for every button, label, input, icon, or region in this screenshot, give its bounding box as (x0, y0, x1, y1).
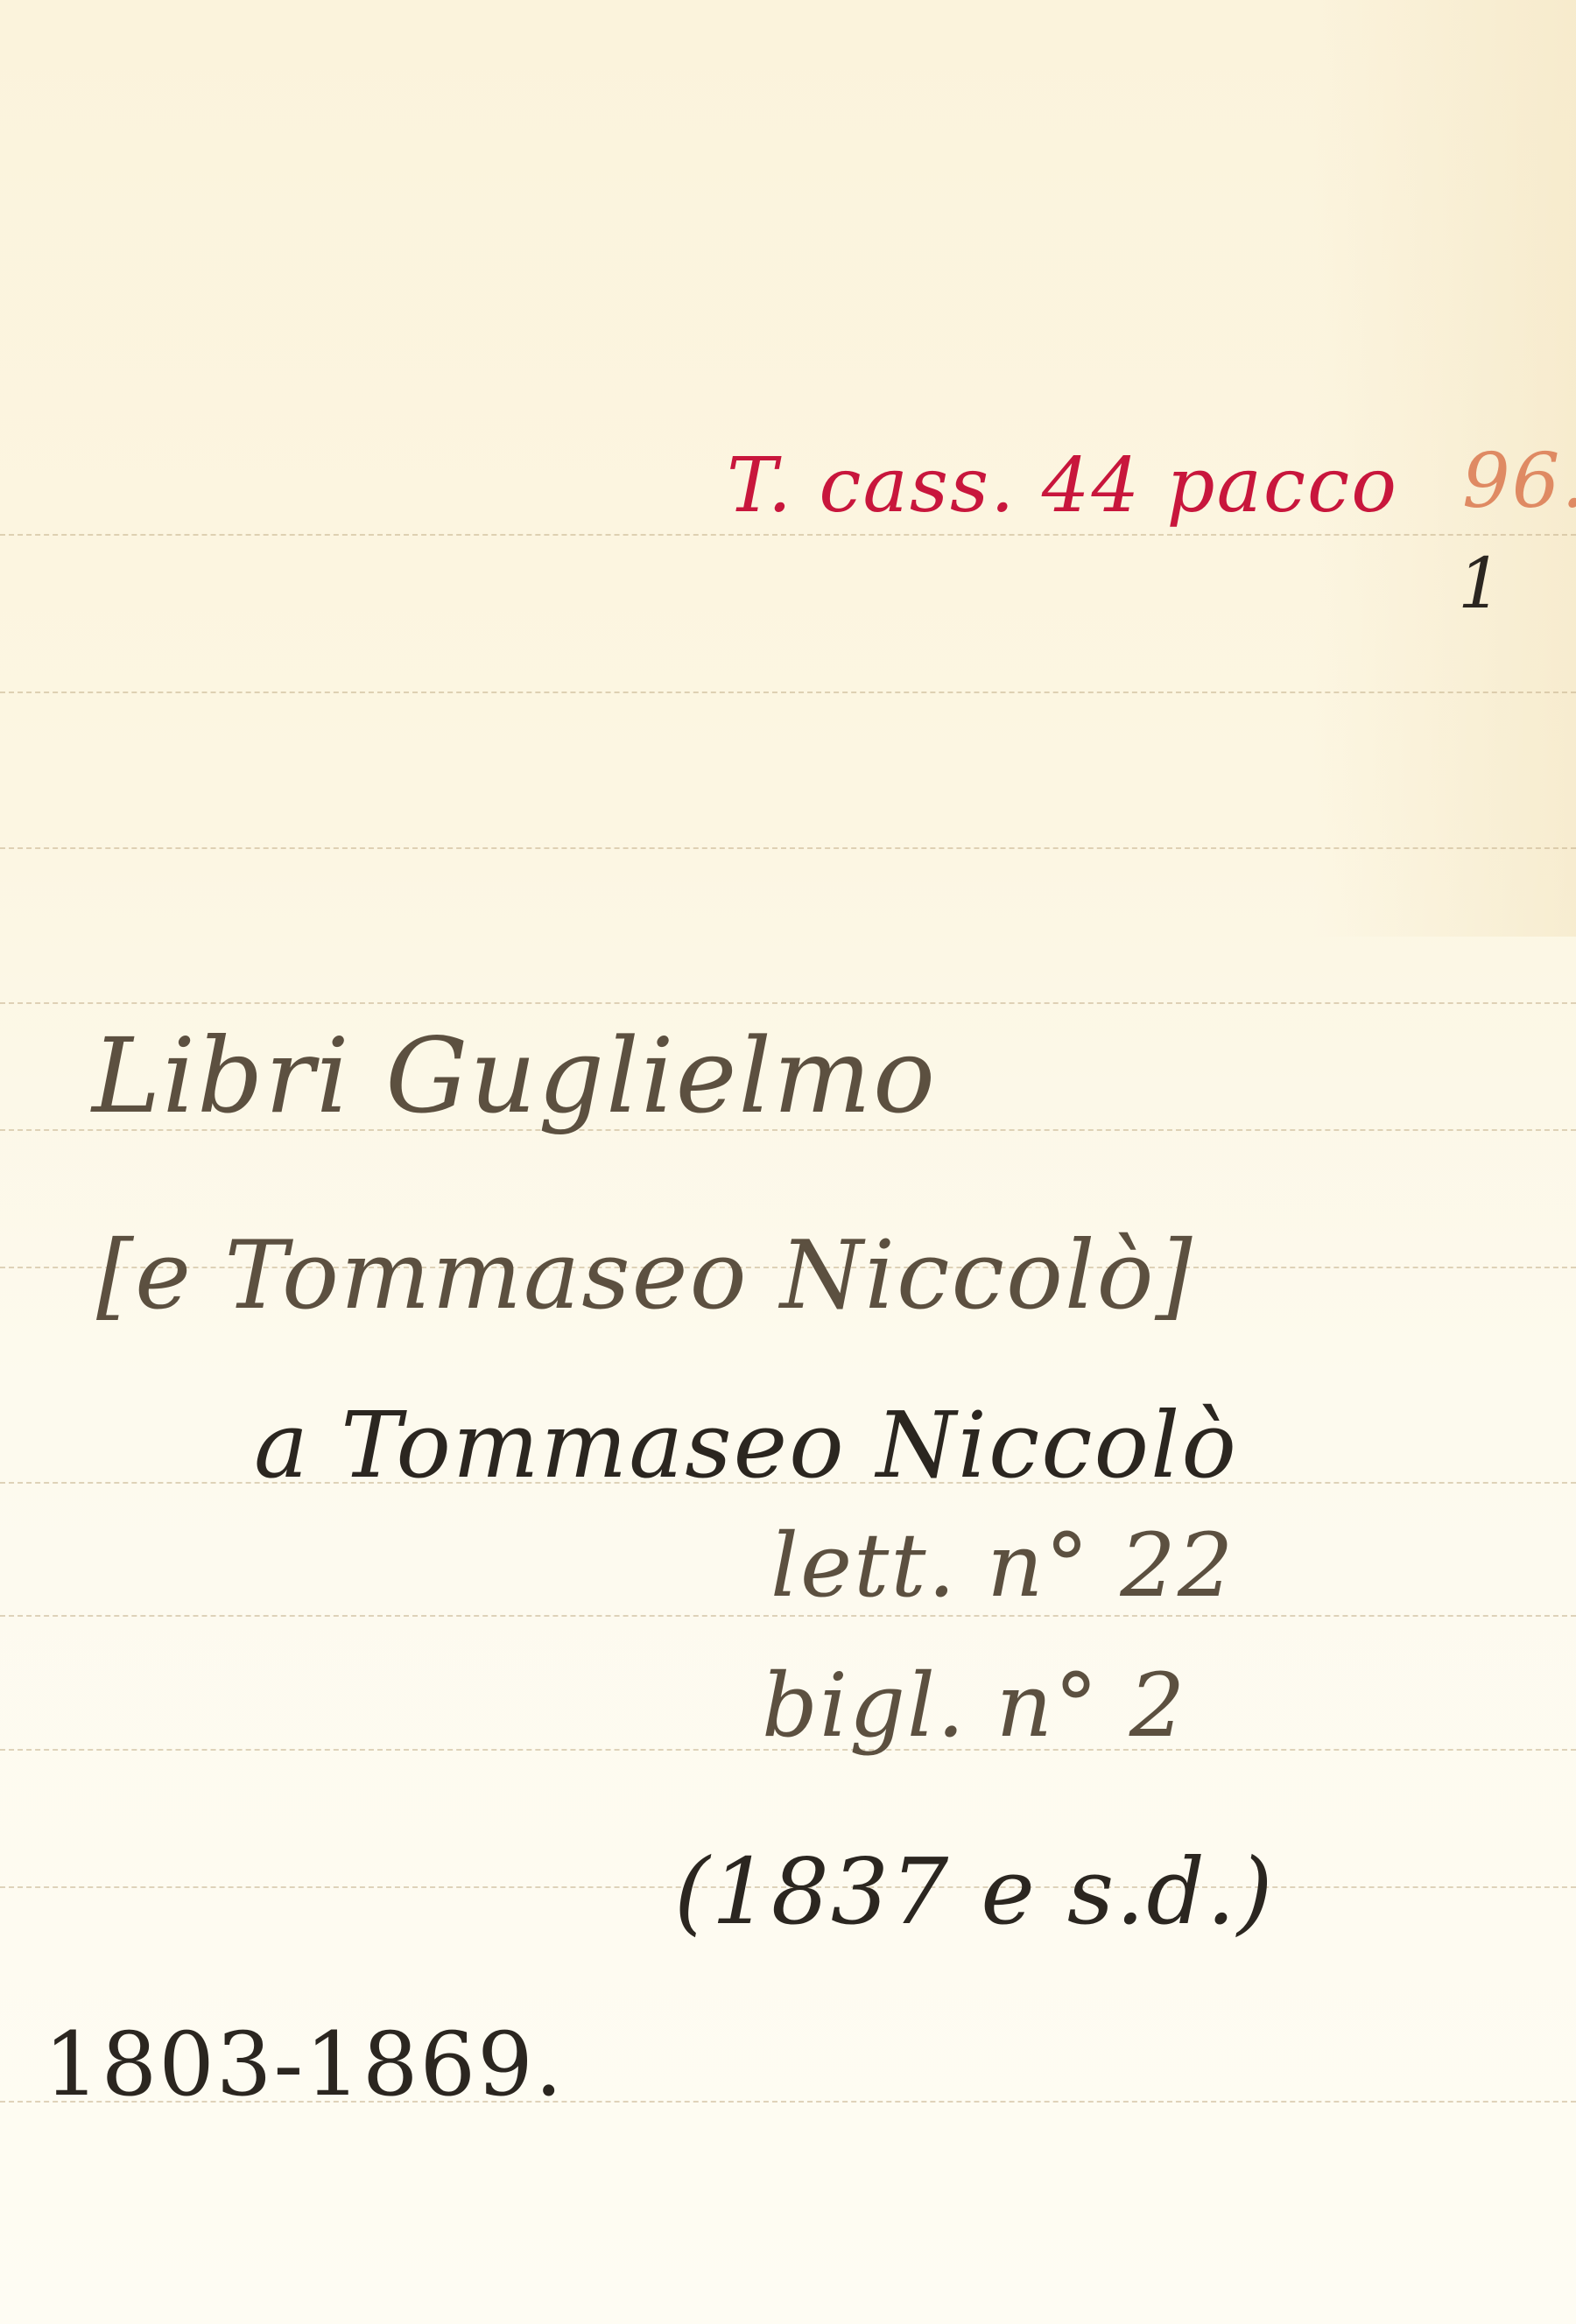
ruled-line (0, 692, 1576, 693)
ruled-line (0, 847, 1576, 849)
recipient-name: a Tommaseo Niccolò (254, 1392, 1238, 1499)
ruled-line (0, 534, 1576, 536)
date-range: (1837 e s.d.) (674, 1838, 1275, 1945)
shelfmark-pacco-number: 96. (1462, 438, 1576, 525)
letter-count: lett. n° 22 (770, 1514, 1235, 1617)
ruled-line (0, 1002, 1576, 1004)
note-count: bigl. n° 2 (762, 1654, 1186, 1757)
life-dates: 1803-1869. (44, 2013, 565, 2116)
shelfmark-prefix: T. cass. 44 pacco (727, 442, 1398, 530)
sender-note: [e Tommaseo Niccolò] (96, 1221, 1194, 1331)
shelfmark-sub-number: 1 (1458, 543, 1504, 624)
sender-name: Libri Guglielmo (92, 1015, 937, 1136)
